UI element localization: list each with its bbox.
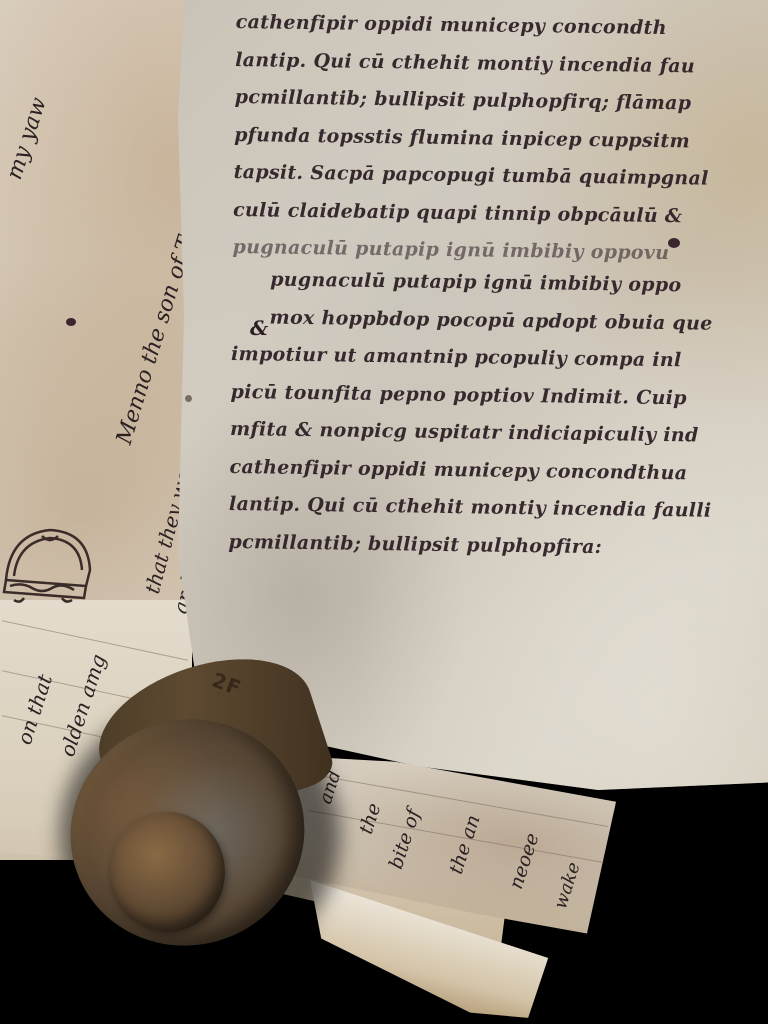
vellum-hole [185,395,192,402]
ink-blot [668,238,680,248]
ink-spot [66,318,76,326]
drop-cap-d-icon [2,520,94,604]
manuscript-text-block: cathenfipir oppidi municepy concondth la… [228,4,768,569]
manuscript-photo: my yaw Menno the son of T that they went… [0,0,768,1024]
manuscript-initial: & [250,316,268,340]
iron-weight-knob[interactable] [110,812,225,932]
manuscript-line: pcmillantib; bullipsit pulphopfira: [228,523,768,568]
